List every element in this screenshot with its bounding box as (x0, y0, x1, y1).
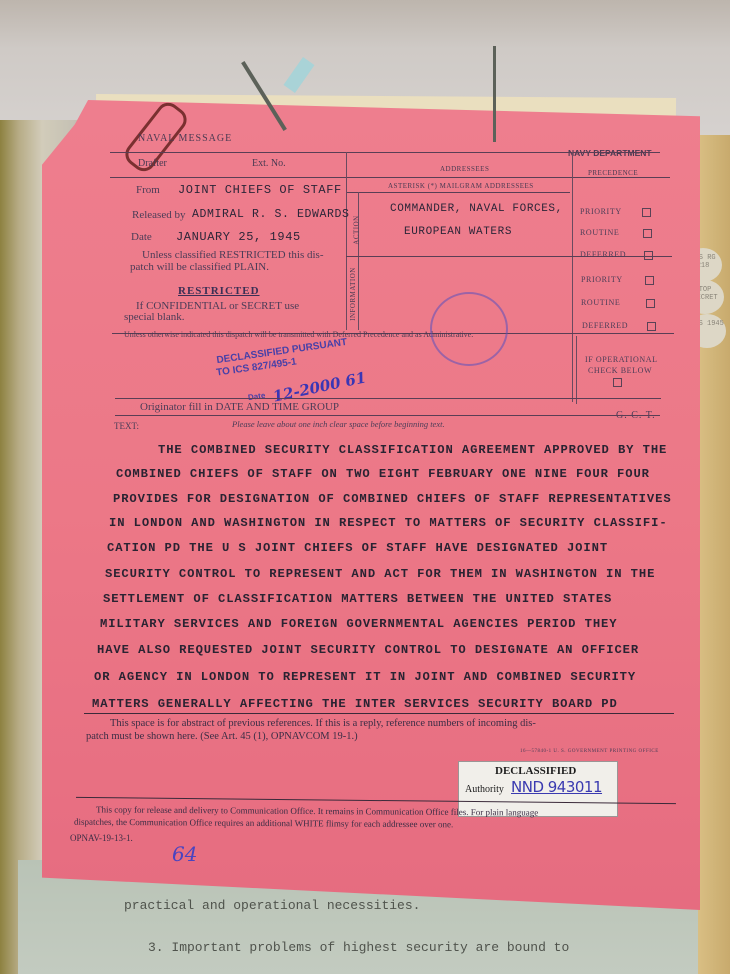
form-number: OPNAV-19-13-1. (70, 833, 133, 843)
deferred-note: Unless otherwise indicated this dispatch… (124, 330, 473, 339)
form-title: NAVAL MESSAGE (138, 133, 232, 144)
precedence-option: PRIORITY (581, 275, 623, 284)
information-label: INFORMATION (349, 267, 357, 321)
message-line: SETTLEMENT OF CLASSIFICATION MATTERS BET… (103, 592, 612, 606)
divider (346, 192, 570, 193)
classification-note: patch will be classified PLAIN. (130, 261, 269, 273)
precedence-option: PRIORITY (580, 207, 622, 216)
mailgram-header: ASTERISK (*) MAILGRAM ADDRESSEES (388, 182, 534, 190)
divider (110, 177, 670, 178)
classification-note: Unless classified RESTRICTED this dis- (142, 249, 324, 261)
clear-space-note: Please leave about one inch clear space … (232, 419, 445, 429)
divider (110, 152, 660, 153)
date-label: Date (131, 231, 152, 243)
authority-label: Authority (465, 784, 504, 795)
message-line: IN LONDON AND WASHINGTON IN RESPECT TO M… (109, 516, 668, 530)
message-line: PROVIDES FOR DESIGNATION OF COMBINED CHI… (113, 492, 672, 506)
addressees-header: ADDRESSEES (440, 165, 489, 173)
printer-note: 16—57840-1 U. S. GOVERNMENT PRINTING OFF… (520, 749, 659, 754)
info-priority-checkbox[interactable] (645, 276, 654, 285)
message-line: COMBINED CHIEFS OF STAFF ON TWO EIGHT FE… (116, 467, 650, 481)
abstract-note: patch must be shown here. (See Art. 45 (… (86, 731, 358, 742)
originator-label: Originator fill in DATE AND TIME GROUP (140, 401, 339, 413)
from-label: From (136, 184, 160, 196)
ext-label: Ext. No. (252, 158, 286, 169)
message-line: MATTERS GENERALLY AFFECTING THE INTER SE… (92, 697, 618, 711)
drafter-label: Drafter (138, 158, 167, 169)
precedence-option: ROUTINE (581, 298, 620, 307)
info-deferred-checkbox[interactable] (647, 322, 656, 331)
message-line: OR AGENCY IN LONDON TO REPRESENT IT IN J… (94, 670, 636, 684)
message-line: THE COMBINED SECURITY CLASSIFICATION AGR… (158, 443, 667, 457)
handwritten-page-number: 64 (172, 842, 197, 866)
from-value: JOINT CHIEFS OF STAFF (178, 183, 342, 197)
message-line: HAVE ALSO REQUESTED JOINT SECURITY CONTR… (97, 643, 639, 657)
operational-label: IF OPERATIONAL (585, 355, 658, 364)
declassified-title: DECLASSIFIED (495, 765, 576, 777)
message-line: MILITARY SERVICES AND FOREIGN GOVERNMENT… (100, 617, 617, 631)
restricted-stamp: RESTRICTED (178, 285, 260, 297)
operational-label: CHECK BELOW (588, 366, 652, 375)
precedence-option: DEFERRED (580, 250, 626, 259)
routine-checkbox[interactable] (643, 229, 652, 238)
deferred-checkbox[interactable] (644, 251, 653, 260)
copy-note: dispatches, the Communication Office req… (74, 817, 453, 830)
confidential-note: special blank. (124, 311, 184, 323)
divider (115, 415, 660, 416)
action-label: ACTION (353, 215, 361, 244)
priority-checkbox[interactable] (642, 208, 651, 217)
divider (115, 398, 661, 399)
released-by-value: ADMIRAL R. S. EDWARDS (192, 208, 350, 221)
column-divider (346, 152, 347, 330)
divider (84, 713, 674, 714)
copy-note: This copy for release and delivery to Co… (96, 804, 538, 817)
precedence-option: ROUTINE (580, 228, 619, 237)
info-routine-checkbox[interactable] (646, 299, 655, 308)
column-divider (576, 336, 577, 404)
precedence-header: PRECEDENCE (588, 169, 638, 177)
action-addressee: EUROPEAN WATERS (404, 226, 512, 238)
text-label: TEXT: (114, 421, 139, 431)
department-label: NAVY DEPARTMENT (568, 148, 652, 158)
precedence-option: DEFERRED (582, 321, 628, 330)
released-by-label: Released by (132, 209, 185, 221)
authority-value: NND 943011 (511, 778, 602, 796)
message-line: CATION PD THE U S JOINT CHIEFS OF STAFF … (107, 541, 608, 555)
operational-checkbox[interactable] (613, 378, 622, 387)
action-addressee: COMMANDER, NAVAL FORCES, (390, 203, 563, 215)
date-value: JANUARY 25, 1945 (176, 230, 301, 244)
form-content: NAVAL MESSAGE NAVY DEPARTMENT Drafter Ex… (0, 0, 730, 974)
abstract-note: This space is for abstract of previous r… (110, 718, 536, 729)
column-divider (572, 152, 573, 402)
column-divider (358, 192, 359, 330)
received-stamp-icon (430, 292, 508, 366)
message-line: SECURITY CONTROL TO REPRESENT AND ACT FO… (105, 567, 655, 581)
